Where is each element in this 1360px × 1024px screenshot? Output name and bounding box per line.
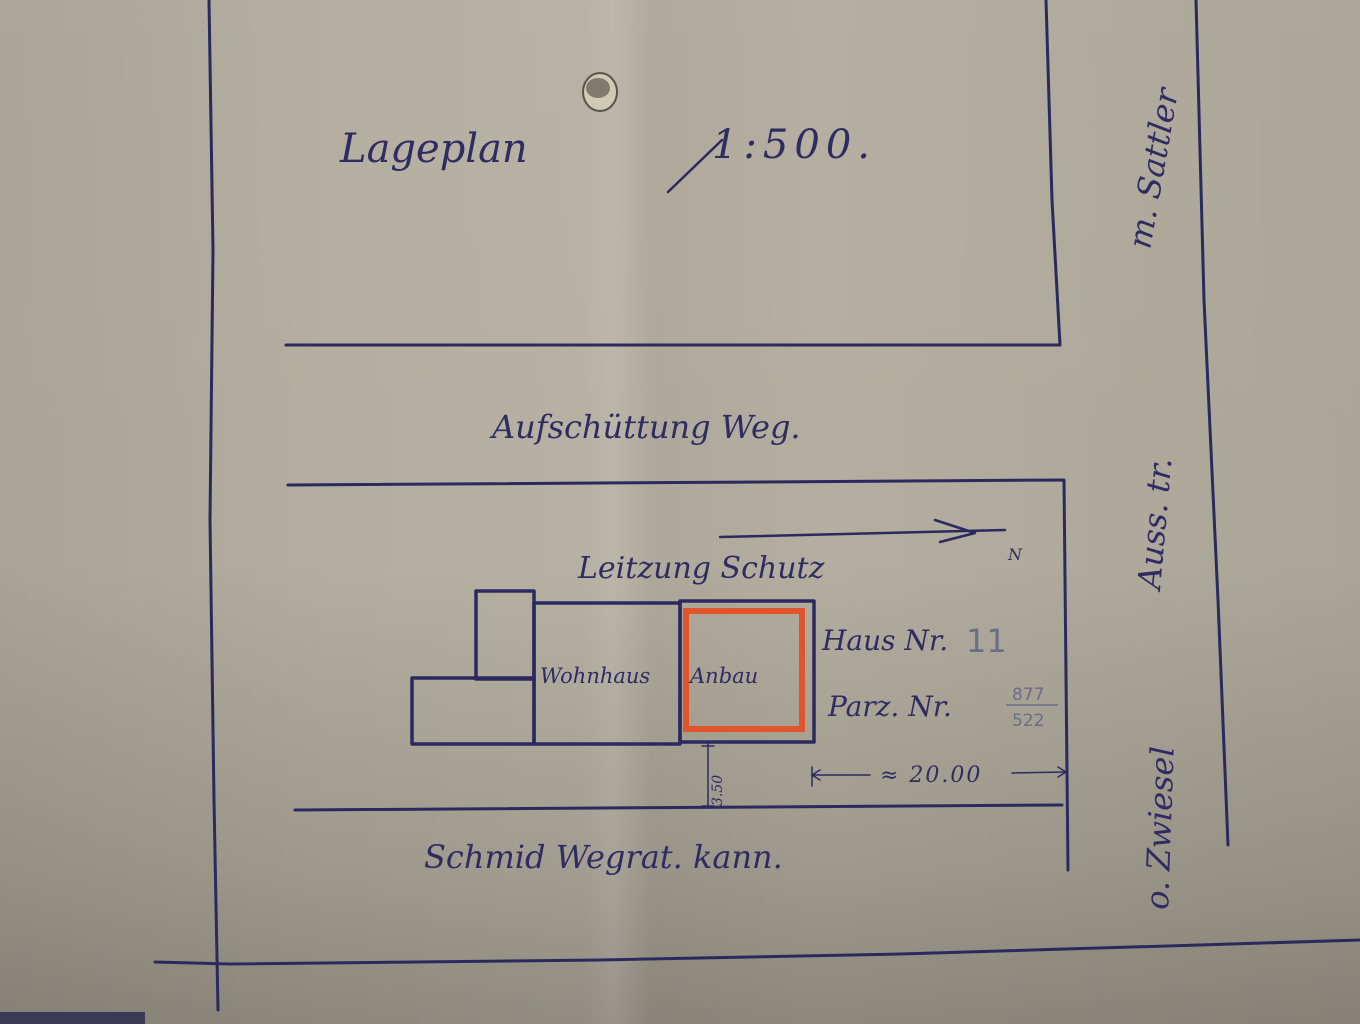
frame-left-line bbox=[209, 0, 218, 1010]
frontage-value: ≈ 20.00 bbox=[880, 763, 982, 788]
building-small-lower bbox=[412, 678, 534, 744]
house-number-value: 11 bbox=[966, 622, 1007, 660]
street-label-vertical-middle: Auss. tr. bbox=[1130, 456, 1180, 594]
street-label-vertical-top: m. Sattler bbox=[1120, 84, 1186, 252]
road-label-bottom: Schmid Wegrat. kann. bbox=[424, 838, 783, 876]
north-arrow bbox=[720, 520, 1005, 542]
site-plan-drawing: Lageplan 1:500. Aufschüttung Weg. Leitzu… bbox=[0, 0, 1360, 1024]
parcel-number-numerator: 877 bbox=[1012, 685, 1044, 705]
setback-value: 3.50 bbox=[710, 775, 726, 806]
parcel-number-denominator: 522 bbox=[1012, 711, 1044, 731]
building-small-tower bbox=[476, 591, 534, 679]
upper-block-outline bbox=[286, 0, 1060, 345]
punch-hole bbox=[583, 73, 617, 111]
parcel-number-label: Parz. Nr. bbox=[827, 690, 952, 723]
north-label: N bbox=[1007, 545, 1023, 564]
house-number-label: Haus Nr. bbox=[821, 624, 948, 657]
plan-scale: 1:500. bbox=[712, 122, 876, 168]
label-anbau: Anbau bbox=[688, 664, 758, 688]
street-label-vertical-bottom: o. Zwiesel bbox=[1138, 746, 1182, 911]
plan-title: Lageplan bbox=[339, 126, 528, 172]
label-wohnhaus: Wohnhaus bbox=[540, 664, 650, 688]
frame-bottom-line bbox=[155, 940, 1360, 964]
frame-right-line bbox=[1196, 0, 1228, 845]
road-label-upper-inner: Leitzung Schutz bbox=[577, 551, 825, 586]
background-edge bbox=[0, 1012, 145, 1024]
road-label-middle: Aufschüttung Weg. bbox=[489, 408, 801, 446]
